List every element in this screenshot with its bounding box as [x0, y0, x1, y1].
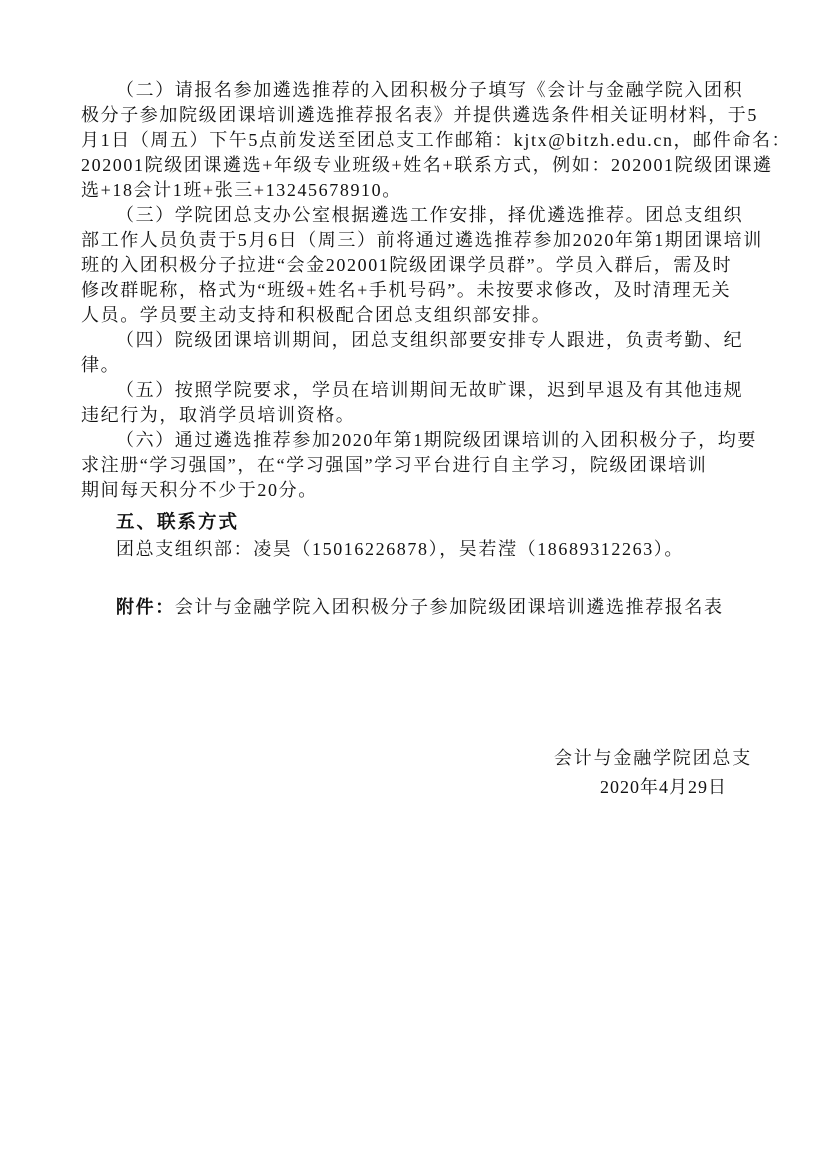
text-line: 班的入团积极分子拉进“会金202001院级团课学员群”。学员入群后，需及时 [81, 253, 759, 278]
text-line: （二）请报名参加遴选推荐的入团积极分子填写《会计与金融学院入团积 [81, 78, 759, 103]
text-line: 期间每天积分不少于20分。 [81, 478, 759, 503]
text-line: （四）院级团课培训期间，团总支组织部要安排专人跟进，负责考勤、纪 [81, 328, 759, 353]
contact-line: 团总支组织部：凌昊（15016226878），吴若滢（18689312263）。 [81, 537, 759, 562]
text-line: 修改群昵称，格式为“班级+姓名+手机号码”。未按要求修改，及时清理无关 [81, 278, 759, 303]
paragraph: （六）通过遴选推荐参加2020年第1期院级团课培训的入团积极分子，均要求注册“学… [81, 428, 759, 503]
text-line: 求注册“学习强国”，在“学习强国”学习平台进行自主学习，院级团课培训 [81, 453, 759, 478]
document-body: （二）请报名参加遴选推荐的入团积极分子填写《会计与金融学院入团积极分子参加院级团… [81, 78, 759, 503]
paragraph: （五）按照学院要求，学员在培训期间无故旷课，迟到早退及有其他违规违纪行为，取消学… [81, 378, 759, 428]
attachment-label: 附件： [116, 597, 175, 617]
text-line: （六）通过遴选推荐参加2020年第1期院级团课培训的入团积极分子，均要 [81, 428, 759, 453]
text-line: 人员。学员要主动支持和积极配合团总支组织部安排。 [81, 303, 759, 328]
text-line: 202001院级团课遴选+年级专业班级+姓名+联系方式，例如：202001院级团… [81, 153, 759, 178]
document-page: （二）请报名参加遴选推荐的入团积极分子填写《会计与金融学院入团积极分子参加院级团… [0, 0, 827, 1169]
text-line: （三）学院团总支办公室根据遴选工作安排，择优遴选推荐。团总支组织 [81, 203, 759, 228]
text-line: 部工作人员负责于5月6日（周三）前将通过遴选推荐参加2020年第1期团课培训 [81, 228, 759, 253]
document-content: （二）请报名参加遴选推荐的入团积极分子填写《会计与金融学院入团积极分子参加院级团… [81, 78, 759, 620]
paragraph: （四）院级团课培训期间，团总支组织部要安排专人跟进，负责考勤、纪律。 [81, 328, 759, 378]
attachment-title: 会计与金融学院入团积极分子参加院级团课培训遴选推荐报名表 [175, 597, 724, 617]
text-line: 极分子参加院级团课培训遴选推荐报名表》并提供遴选条件相关证明材料，于5 [81, 103, 759, 128]
text-line: 违纪行为，取消学员培训资格。 [81, 403, 759, 428]
text-line: （五）按照学院要求，学员在培训期间无故旷课，迟到早退及有其他违规 [81, 378, 759, 403]
attachment-line: 附件：会计与金融学院入团积极分子参加院级团课培训遴选推荐报名表 [81, 595, 759, 620]
signature-date: 2020年4月29日 [600, 775, 727, 800]
text-line: 月1日（周五）下午5点前发送至团总支工作邮箱：kjtx@bitzh.edu.cn… [81, 128, 759, 153]
text-line: 选+18会计1班+张三+13245678910。 [81, 178, 759, 203]
text-line: 律。 [81, 353, 759, 378]
paragraph: （三）学院团总支办公室根据遴选工作安排，择优遴选推荐。团总支组织部工作人员负责于… [81, 203, 759, 328]
signature-org: 会计与金融学院团总支 [554, 746, 752, 771]
paragraph: （二）请报名参加遴选推荐的入团积极分子填写《会计与金融学院入团积极分子参加院级团… [81, 78, 759, 203]
section-heading: 五、联系方式 [81, 509, 759, 537]
